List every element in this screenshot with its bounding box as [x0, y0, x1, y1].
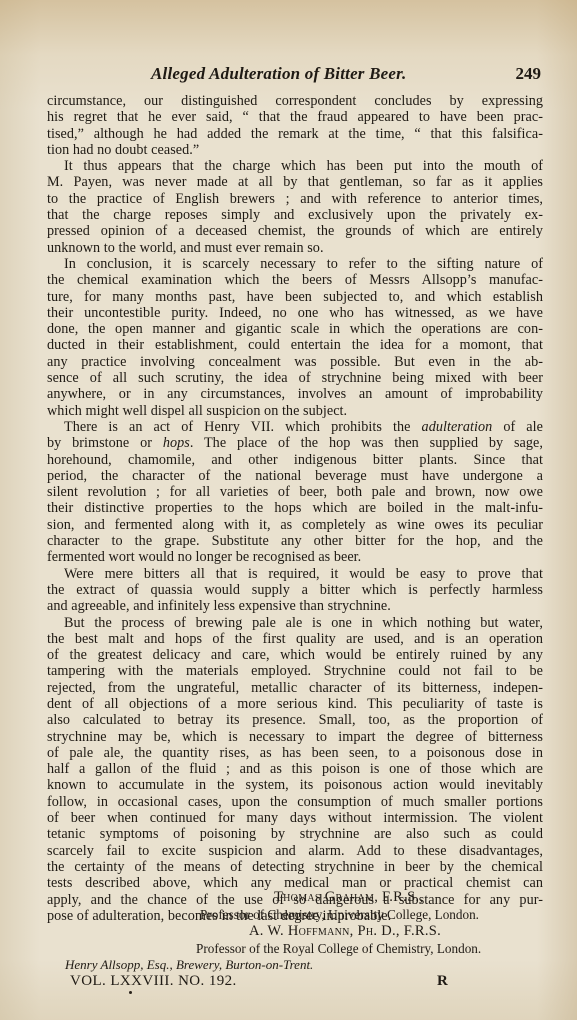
text-line: fermented wort would no longer be recogn…: [47, 549, 543, 565]
text-line: the extract of quassia would supply a bi…: [47, 582, 543, 598]
text-line: follow, in occasional cases, upon the co…: [47, 794, 543, 810]
text-line: done, the open manner and gigantic scale…: [47, 321, 543, 337]
text-line: and agreeable, and infinitely less expen…: [47, 598, 543, 614]
signature-name-graham: Thomas Graham, F.R.S.,: [274, 889, 423, 906]
text-line: to the practice of English brewers ; and…: [47, 191, 543, 207]
book-page: Alleged Adulteration of Bitter Beer. 249…: [0, 0, 577, 1020]
text-line: But the process of brewing pale ale is o…: [47, 615, 543, 631]
text-line: their distinctive properties to the hops…: [47, 500, 543, 516]
text-line: the chemical examination which the beers…: [47, 272, 543, 288]
running-title: Alleged Adulteration of Bitter Beer.: [151, 64, 406, 84]
text-line: the certainty of the means of detecting …: [47, 859, 543, 875]
text-line: anywhere, or in any circumstances, invol…: [47, 386, 543, 402]
text-line: the best malt and hops of the first qual…: [47, 631, 543, 647]
text-line: which might well dispel all suspicion on…: [47, 403, 543, 419]
printer-signature-mark: R: [437, 973, 448, 990]
text-line: tampering with the materials employed. S…: [47, 663, 543, 679]
text-line: that the charge reposes simply and exclu…: [47, 207, 543, 223]
text-line: half a gallon of the fluid ; and as this…: [47, 761, 543, 777]
text-line: tised,” although he had added the remark…: [47, 126, 543, 142]
text-line: by brimstone or hops. The place of the h…: [47, 435, 543, 451]
text-line: also calculated to betray its presence. …: [47, 712, 543, 728]
text-line: sence of all such scrutiny, the idea of …: [47, 370, 543, 386]
volume-number-line: VOL. LXXVIII. NO. 192.: [70, 973, 237, 990]
text-line: Were mere bitters all that is required, …: [47, 566, 543, 582]
text-line: of pale ale, the quantity rises, as has …: [47, 745, 543, 761]
italic-emphasis: hops: [163, 435, 190, 451]
article-body: circumstance, our distinguished correspo…: [47, 93, 543, 924]
page-number: 249: [516, 64, 542, 84]
text-line: their uncontestible purity. Indeed, no o…: [47, 305, 543, 321]
signature-title-graham: Professor of Chemistry, University Colle…: [200, 907, 479, 923]
text-line: period, the character of the national be…: [47, 468, 543, 484]
signature-name-hoffmann: A. W. Hoffmann, Ph. D., F.R.S.: [249, 923, 441, 940]
text-line: pressed opinion of a deceased chemist, t…: [47, 223, 543, 239]
text-line: There is an act of Henry VII. which proh…: [47, 419, 543, 435]
text-line: tetanic symptoms of poisoning by strychn…: [47, 826, 543, 842]
italic-emphasis: adulteration: [422, 419, 493, 435]
text-line: dent of all objections of a more serious…: [47, 696, 543, 712]
ink-speck: [129, 991, 132, 994]
text-line: strychnine may be, which is necessary to…: [47, 729, 543, 745]
text-line: his regret that he ever said, “ that the…: [47, 109, 543, 125]
text-line: known to accumulate in the system, its p…: [47, 777, 543, 793]
text-line: circumstance, our distinguished correspo…: [47, 93, 543, 109]
text-line: In conclusion, it is scarcely necessary …: [47, 256, 543, 272]
text-line: It thus appears that the charge which ha…: [47, 158, 543, 174]
text-line: silent revolution ; for all varieties of…: [47, 484, 543, 500]
text-line: any practice involving concealment was p…: [47, 354, 543, 370]
text-line: of the greatest delicacy and care, which…: [47, 647, 543, 663]
text-line: M. Payen, was never made at all by that …: [47, 174, 543, 190]
text-line: scarcely fail to excite suspicion and al…: [47, 843, 543, 859]
addressee-line: Henry Allsopp, Esq., Brewery, Burton-on-…: [65, 957, 313, 973]
text-line: horehound, chamomile, and other indigeno…: [47, 452, 543, 468]
text-line: tion had no doubt ceased.”: [47, 142, 543, 158]
text-line: ducted in their establishment, could ent…: [47, 337, 543, 353]
text-line: sion, and fermented along with it, as co…: [47, 517, 543, 533]
signature-title-hoffmann: Professor of the Royal College of Chemis…: [196, 941, 481, 957]
text-line: unknown to the world, and must ever rema…: [47, 240, 543, 256]
text-line: ture, for many months past, have been su…: [47, 289, 543, 305]
running-header: Alleged Adulteration of Bitter Beer. 249: [48, 64, 543, 86]
text-line: of beer when continued for many days wit…: [47, 810, 543, 826]
text-line: rejected, from the ungrateful, metallic …: [47, 680, 543, 696]
text-line: character to the grape. Substitute any o…: [47, 533, 543, 549]
